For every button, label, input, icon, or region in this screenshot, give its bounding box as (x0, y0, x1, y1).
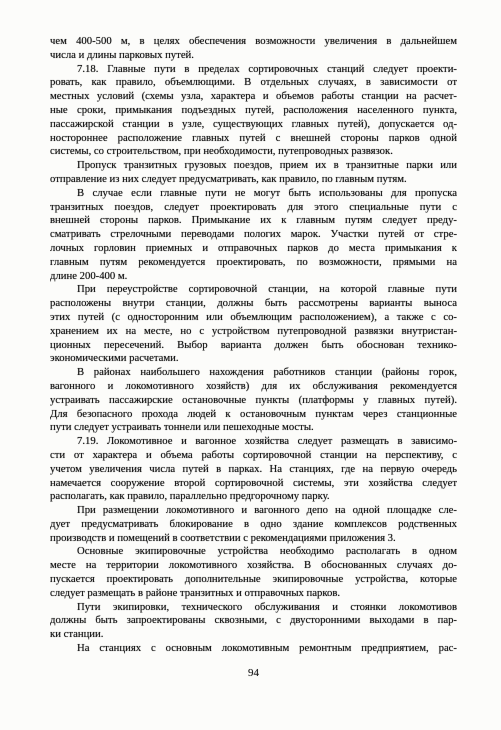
text-line: пассажирской станции в узле, существующи… (50, 118, 457, 132)
text-line: местных условий (схемы узла, характера и… (50, 90, 457, 104)
text-line: При размещении локомотивного и вагонного… (50, 504, 457, 518)
text-line: Пути экипировки, технического обслуживан… (50, 601, 457, 615)
text-line: ционных пересечений. Выбор варианта долж… (50, 339, 457, 353)
page-text: чем 400-500 м, в целях обеспечения возмо… (50, 35, 457, 656)
text-line: ные сроки, примыкания подъездных путей, … (50, 104, 457, 118)
text-line: внешней стороны парков. Примыкание их к … (50, 214, 457, 228)
text-line: расположены внутри станции, должны быть … (50, 297, 457, 311)
text-line: пускается проектировать дополнительные э… (50, 573, 457, 587)
text-line: системы, со строительством, при необходи… (50, 145, 457, 159)
text-line: производств и помещений в соответствии с… (50, 532, 457, 546)
text-line: транзитных поездов, следует проектироват… (50, 201, 457, 215)
text-line: ровать, как правило, объемлющими. В отде… (50, 76, 457, 90)
text-line: Основные экипировочные устройства необхо… (50, 545, 457, 559)
text-line: лочных горловин приемных и отправочных п… (50, 242, 457, 256)
text-line: экономическими расчетами. (50, 352, 457, 366)
text-line: сматривать стрелочными переводами пологи… (50, 228, 457, 242)
scanned-document-page: чем 400-500 м, в целях обеспечения возмо… (0, 0, 501, 730)
text-line: 7.19. Локомотивное и вагонное хозяйства … (50, 435, 457, 449)
text-line: следует размещать в районе транзитных и … (50, 587, 457, 601)
text-line: В случае если главные пути не могут быть… (50, 187, 457, 201)
text-line: пути следует устраивать тоннели или пеше… (50, 421, 457, 435)
text-line: дует предусматривать блокирование в одно… (50, 518, 457, 532)
text-line: устраивать пассажирские остановочные пун… (50, 394, 457, 408)
text-line: сти от характера и объема работы сортиро… (50, 449, 457, 463)
text-line: На станциях с основным локомотивным ремо… (50, 642, 457, 656)
text-line: Для безопасного прохода людей к останово… (50, 408, 457, 422)
text-line: ностороннее расположение главных путей с… (50, 132, 457, 146)
text-line: длине 200-400 м. (50, 270, 457, 284)
text-line: месте на территории локомотивного хозяйс… (50, 559, 457, 573)
page-number: 94 (50, 667, 457, 679)
text-line: числа и длины парковых путей. (50, 49, 457, 63)
text-line: этих путей (с односторонним или объемлющ… (50, 311, 457, 325)
text-line: хранением их на месте, но с устройством … (50, 325, 457, 339)
text-line: Пропуск транзитных грузовых поездов, при… (50, 159, 457, 173)
text-line: главным путям рекомендуется проектироват… (50, 256, 457, 270)
text-line: вагонного и локомотивного хозяйств) для … (50, 380, 457, 394)
text-line: чем 400-500 м, в целях обеспечения возмо… (50, 35, 457, 49)
text-line: При переустройстве сортировочной станции… (50, 283, 457, 297)
text-line: В районах наибольшего нахождения работни… (50, 366, 457, 380)
text-line: располагать, как правило, параллельно пр… (50, 490, 457, 504)
text-line: учетом увеличения числа путей в парках. … (50, 463, 457, 477)
text-line: намечается сооружение второй сортировочн… (50, 477, 457, 491)
text-line: должны быть запроектированы сквозными, с… (50, 614, 457, 628)
text-line: 7.18. Главные пути в пределах сортировоч… (50, 63, 457, 77)
text-line: отправление из них следует предусматрива… (50, 173, 457, 187)
text-line: ки станции. (50, 628, 457, 642)
